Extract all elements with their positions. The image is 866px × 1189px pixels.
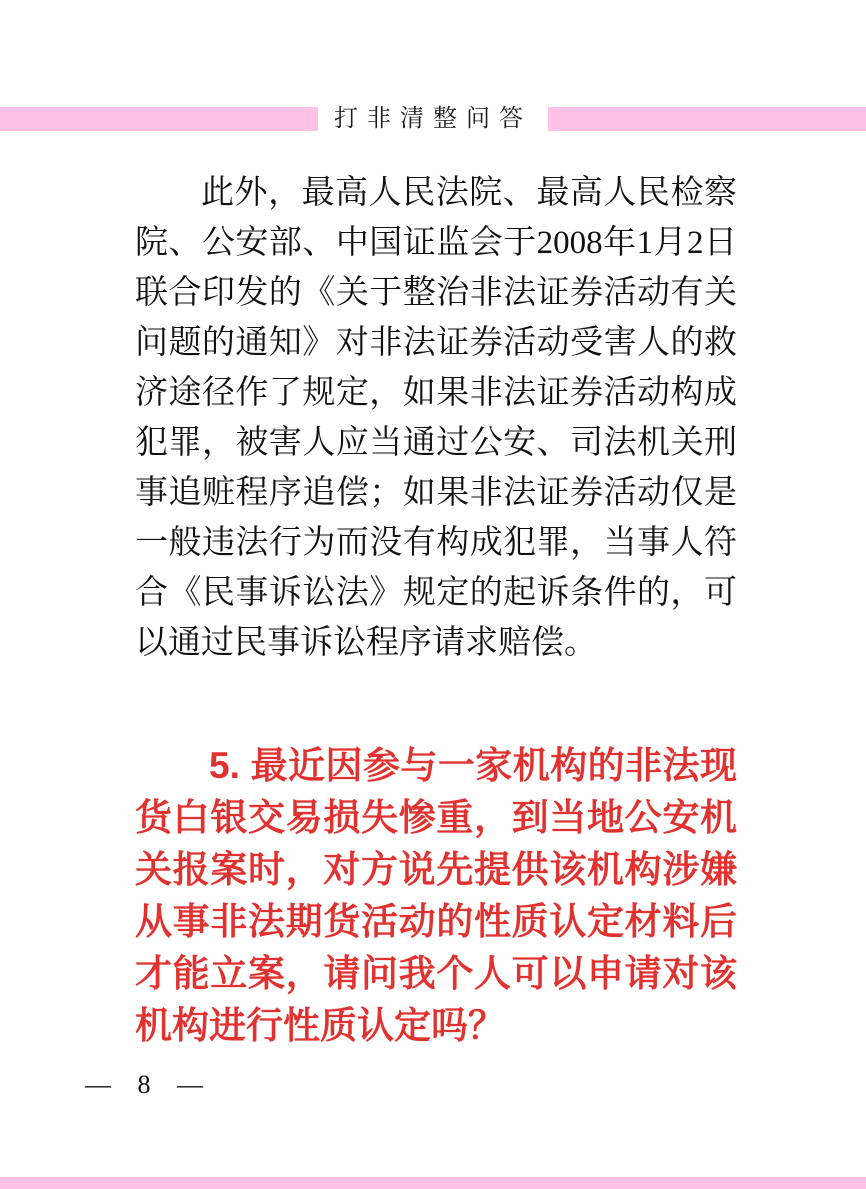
question-line: 机构进行性质认定吗？	[135, 1000, 737, 1052]
header-bar-right	[548, 107, 866, 131]
book-page: 打非清整问答 此外，最高人民法院、最高人民检察 院、公安部、中国证监会于2008…	[0, 0, 866, 1189]
body-line: 此外，最高人民法院、最高人民检察	[135, 168, 737, 218]
body-line: 一般违法行为而没有构成犯罪，当事人符	[135, 518, 737, 568]
question-line: 5. 最近因参与一家机构的非法现	[135, 740, 737, 792]
page-number: — 8 —	[85, 1070, 213, 1100]
body-line: 院、公安部、中国证监会于2008年1月2日	[135, 218, 737, 268]
body-line: 合《民事诉讼法》规定的起诉条件的，可	[135, 568, 737, 618]
question-paragraph: 5. 最近因参与一家机构的非法现 货白银交易损失惨重，到当地公安机 关报案时，对…	[135, 740, 737, 1052]
answer-paragraph: 此外，最高人民法院、最高人民检察 院、公安部、中国证监会于2008年1月2日 联…	[135, 168, 737, 668]
running-head: 打非清整问答	[0, 107, 866, 131]
header-bar-left	[0, 107, 318, 131]
body-line: 问题的通知》对非法证券活动受害人的救	[135, 318, 737, 368]
body-line: 以通过民事诉讼程序请求赔偿。	[135, 618, 737, 668]
running-head-title: 打非清整问答	[318, 107, 548, 131]
body-line: 事追赃程序追偿；如果非法证券活动仅是	[135, 468, 737, 518]
question-line: 从事非法期货活动的性质认定材料后	[135, 896, 737, 948]
question-line: 才能立案，请问我个人可以申请对该	[135, 948, 737, 1000]
body-line: 联合印发的《关于整治非法证券活动有关	[135, 268, 737, 318]
footer-bar	[0, 1177, 866, 1189]
body-line: 犯罪，被害人应当通过公安、司法机关刑	[135, 418, 737, 468]
body-line: 济途径作了规定，如果非法证券活动构成	[135, 368, 737, 418]
question-line: 货白银交易损失惨重，到当地公安机	[135, 792, 737, 844]
question-line: 关报案时，对方说先提供该机构涉嫌	[135, 844, 737, 896]
